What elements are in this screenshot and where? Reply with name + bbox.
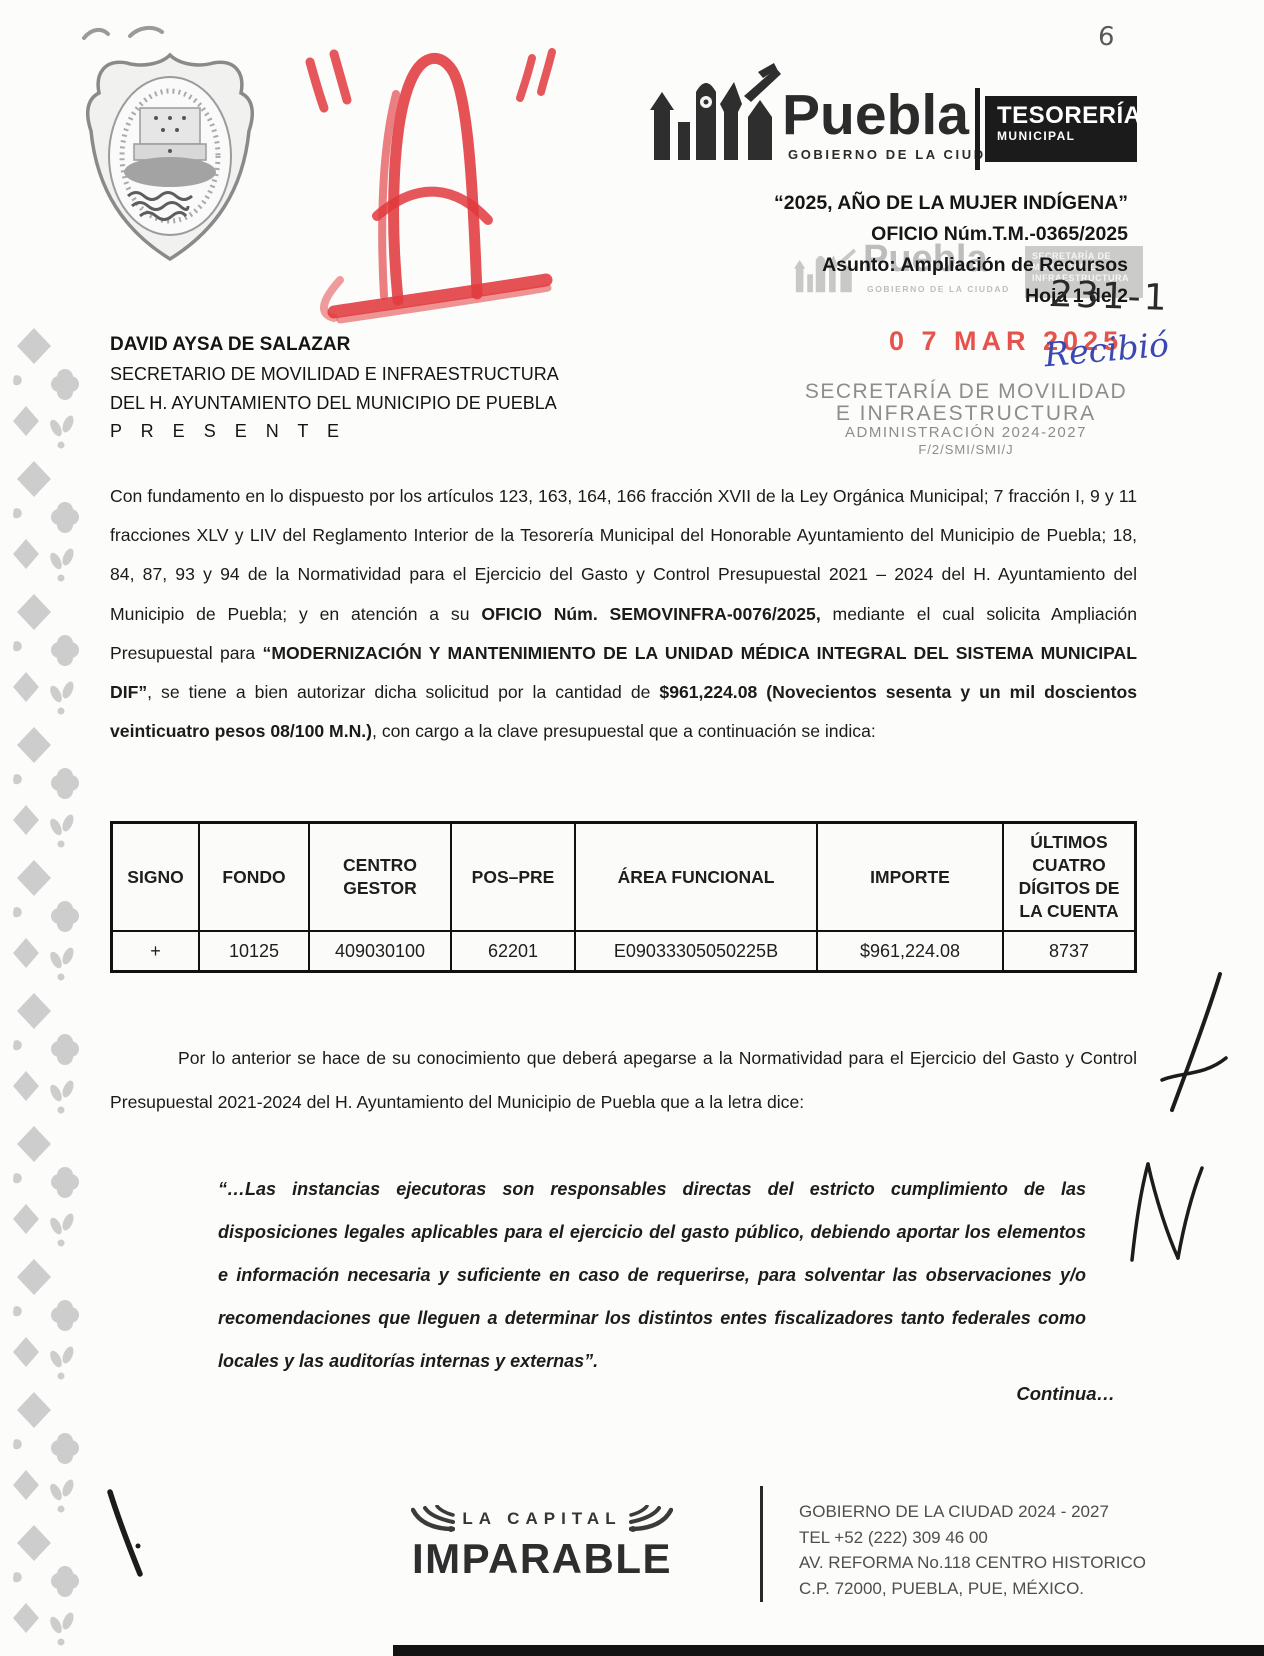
footer-phone-line: TEL +52 (222) 309 46 00 [799,1525,1146,1551]
logo-la-capital: LA CAPITAL [462,1509,621,1529]
pen-slash-stroke [104,1488,150,1584]
table-cell-signo: + [113,932,200,970]
recipient-title1: SECRETARIO DE MOVILIDAD E INFRAESTRUCTUR… [110,360,559,389]
stamp-line1: SECRETARÍA DE MOVILIDAD [770,381,1162,403]
pen-checkmark-stroke [1160,968,1232,1118]
stamp-line4: F/2/SMI/SMI/J [770,442,1162,457]
stamp-line2: E INFRAESTRUCTURA [770,403,1162,424]
budget-table: SIGNO FONDO CENTRO GESTOR POS–PRE ÁREA F… [110,821,1137,973]
puebla-wordmark: Puebla [782,82,969,148]
pen-signature-stroke [1118,1156,1213,1271]
normatividad-quote: “…Las instancias ejecutoras son responsa… [218,1168,1086,1383]
table-header-signo: SIGNO [113,824,200,932]
table-header-pos-pre: POS–PRE [452,824,576,932]
wing-left-icon [411,1505,455,1533]
table-cell-importe: $961,224.08 [818,932,1004,970]
recipient-salutation: P R E S E N T E [110,417,559,446]
table-header-area-funcional: ÁREA FUNCIONAL [576,824,818,932]
table-header-centro-gestor: CENTRO GESTOR [310,824,452,932]
puebla-skyline-icon [648,62,783,164]
footer-address-block: GOBIERNO DE LA CIUDAD 2024 - 2027 TEL +5… [799,1499,1146,1601]
para1-seg7: , con cargo a la clave presupuestal que … [372,721,876,741]
tesoreria-badge-subtitle: MUNICIPAL [997,129,1137,144]
stamp-line3: ADMINISTRACIÓN 2024-2027 [770,424,1162,442]
handwritten-folio: 231-1 [1049,274,1170,319]
table-header-ultimos-digitos: ÚLTIMOS CUATRO DÍGITOS DE LA CUENTA [1004,824,1134,932]
continua-label: Continua… [700,1383,1115,1405]
recipient-title2: DEL H. AYUNTAMIENTO DEL MUNICIPIO DE PUE… [110,389,559,418]
secretaria-received-stamp: SECRETARÍA DE MOVILIDAD E INFRAESTRUCTUR… [770,381,1162,457]
recipient-name: DAVID AYSA DE SALAZAR [110,331,559,360]
handwritten-grade-a [280,28,575,330]
footer-street-line: AV. REFORMA No.118 CENTRO HISTORICO [799,1550,1146,1576]
table-cell-pos-pre: 62201 [452,932,576,970]
table-cell-ultimos-digitos: 8737 [1004,932,1134,970]
scanned-oficio-page: 6 [0,0,1264,1656]
para1-seg2: OFICIO Núm. SEMOVINFRA-0076/2025, [481,604,820,624]
scanner-edge-bar [393,1645,1264,1656]
tesoreria-badge-title: TESORERÍA [997,103,1137,129]
oficio-number: OFICIO Núm.T.M.-0365/2025 [620,219,1128,250]
tesoreria-badge-bar [975,88,980,170]
handwritten-page-number: 6 [1097,21,1116,52]
coat-of-arms-icon [84,50,256,264]
para1-seg5: , se tiene a bien autorizar dicha solici… [147,682,659,702]
table-header-fondo: FONDO [200,824,310,932]
table-cell-centro-gestor: 409030100 [310,932,452,970]
table-header-importe: IMPORTE [818,824,1004,932]
main-paragraph: Con fundamento en lo dispuesto por los a… [110,477,1137,751]
header-motto: “2025, AÑO DE LA MUJER INDÍGENA” [620,188,1128,219]
normatividad-paragraph: Por lo anterior se hace de su conocimien… [110,1036,1137,1124]
logo-imparable: IMPARABLE [388,1535,696,1583]
tesoreria-badge: TESORERÍA MUNICIPAL [985,96,1137,162]
wing-right-icon [629,1505,673,1533]
la-capital-imparable-logo: LA CAPITAL IMPARABLE [388,1505,696,1583]
table-cell-area-funcional: E09033305050225B [576,932,818,970]
pencil-squiggle-marks [78,22,178,48]
decorative-border-pattern [4,324,82,1656]
footer-city-line: C.P. 72000, PUEBLA, PUE, MÉXICO. [799,1576,1146,1602]
recipient-block: DAVID AYSA DE SALAZAR SECRETARIO DE MOVI… [110,331,559,446]
footer-divider [760,1486,763,1602]
table-cell-fondo: 10125 [200,932,310,970]
footer-government-line: GOBIERNO DE LA CIUDAD 2024 - 2027 [799,1499,1146,1525]
